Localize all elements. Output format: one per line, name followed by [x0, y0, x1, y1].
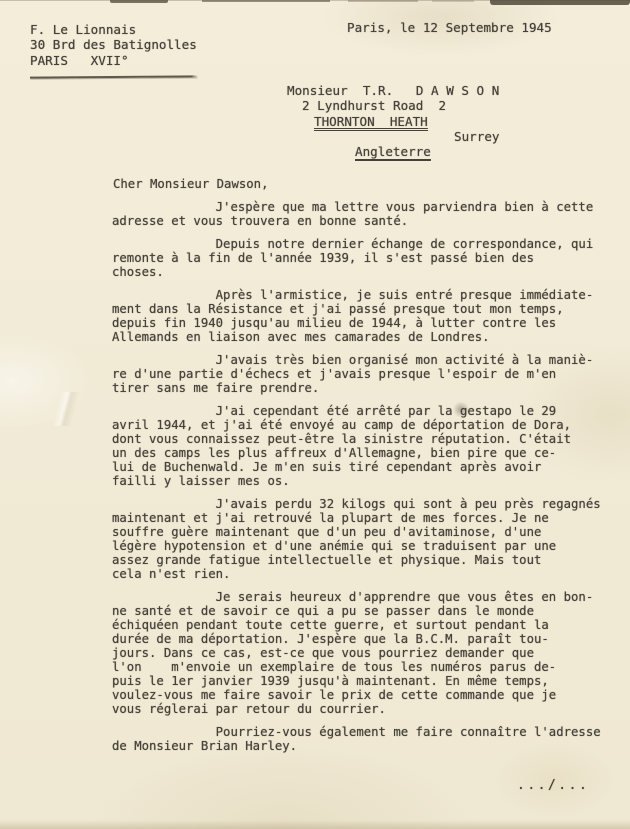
paragraph: J'espère que ma lettre vous parviendra b…	[112, 200, 612, 228]
recipient-country-line: Angleterre	[355, 144, 500, 159]
torn-edge-segment	[432, 0, 474, 2]
torn-edge-segment	[110, 0, 168, 3]
paragraph: Depuis notre dernier échange de correspo…	[112, 237, 612, 279]
recipient-town-underlined: THORNTON HEATH	[314, 114, 428, 131]
recipient-street-line: 2 Lyndhurst Road 2	[302, 98, 500, 113]
recipient-address-block: Monsieur T.R. D A W S O N 2 Lyndhurst Ro…	[287, 83, 500, 159]
letter-page: F. Le Lionnais 30 Brd des Batignolles PA…	[0, 0, 630, 829]
sender-line: 30 Brd des Batignolles	[30, 37, 197, 52]
torn-edge-segment	[202, 0, 330, 2]
letter-body: J'espère que ma lettre vous parviendra b…	[112, 200, 612, 762]
paragraph: J'ai cependant été arrêté par la gestapo…	[112, 404, 612, 488]
paragraph: Je serais heureux d'apprendre que vous ê…	[112, 590, 612, 716]
sender-address-block: F. Le Lionnais 30 Brd des Batignolles PA…	[30, 22, 197, 68]
dateline: Paris, le 12 Septembre 1945	[347, 20, 552, 35]
paragraph: J'avais perdu 32 kilogs qui sont à peu p…	[112, 497, 612, 581]
torn-edge-segment	[490, 0, 630, 5]
sender-line: F. Le Lionnais	[30, 22, 197, 37]
sender-line: PARIS XVII°	[30, 53, 197, 68]
fold-crease	[0, 392, 130, 426]
recipient-town-line: THORNTON HEATH	[314, 114, 500, 129]
recipient-name-line: Monsieur T.R. D A W S O N	[287, 83, 500, 98]
sender-divider-line	[30, 75, 198, 78]
paragraph: Après l'armistice, je suis entré presque…	[112, 288, 612, 344]
paragraph: Pourriez-vous également me faire connaît…	[112, 725, 612, 753]
torn-edge-segment	[348, 0, 418, 2]
paragraph: J'avais très bien organisé mon activité …	[112, 353, 612, 395]
continuation-mark: .../...	[517, 778, 589, 793]
bottom-edge-shadow	[0, 820, 630, 829]
salutation: Cher Monsieur Dawson,	[113, 177, 268, 191]
recipient-country-underlined: Angleterre	[355, 144, 431, 159]
recipient-county-line: Surrey	[454, 129, 500, 144]
